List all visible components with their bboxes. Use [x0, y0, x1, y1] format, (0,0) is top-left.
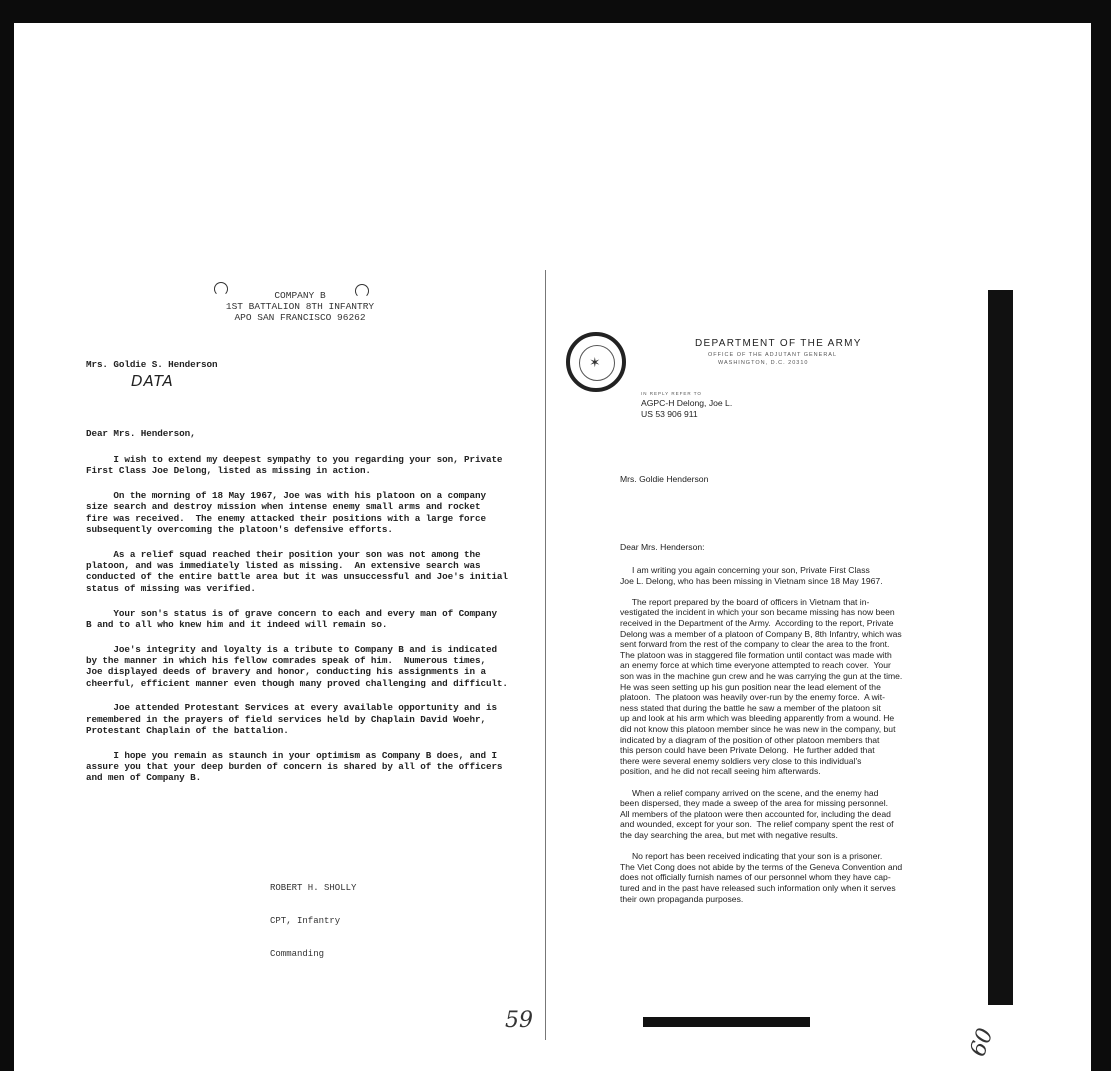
- body-line: and wounded, except for your son. The re…: [620, 819, 894, 830]
- body-line: vestigated the incident in which your so…: [620, 607, 895, 618]
- body-line: Joe L. Delong, who has been missing in V…: [620, 576, 883, 587]
- body-line: been dispersed, they made a sweep of the…: [620, 798, 888, 809]
- body-line: an enemy force at which time everyone at…: [620, 660, 891, 671]
- salutation: Dear Mrs. Henderson,: [86, 428, 196, 439]
- reply-label: IN REPLY REFER TO: [641, 391, 702, 396]
- body-line: did not know this platoon member since h…: [620, 724, 895, 735]
- salutation: Dear Mrs. Henderson:: [620, 542, 705, 553]
- body-line: Delong was a member of a platoon of Comp…: [620, 629, 902, 640]
- body-line: Joe attended Protestant Services at ever…: [86, 702, 497, 713]
- body-line: I wish to extend my deepest sympathy to …: [86, 454, 502, 465]
- scan-edge-strip: [988, 290, 1013, 1005]
- body-line: B and to all who knew him and it indeed …: [86, 619, 387, 630]
- body-line: up and look at his arm which was bleedin…: [620, 713, 894, 724]
- body-line: I am writing you again concerning your s…: [620, 565, 870, 576]
- body-line: subsequently overcoming the platoon's de…: [86, 524, 393, 535]
- body-line: The Viet Cong does not abide by the term…: [620, 862, 902, 873]
- body-line: status of missing was verified.: [86, 583, 256, 594]
- body-line: remembered in the prayers of field servi…: [86, 714, 486, 725]
- body-line: He was seen setting up his gun position …: [620, 682, 881, 693]
- body-line: Protestant Chaplain of the battalion.: [86, 725, 289, 736]
- letterhead-line: 1ST BATTALION 8TH INFANTRY: [200, 301, 400, 312]
- letterhead-line: APO SAN FRANCISCO 96262: [200, 312, 400, 323]
- body-line: by the manner in which his fellow comrad…: [86, 655, 486, 666]
- body-line: sent forward from the rest of the compan…: [620, 639, 889, 650]
- department-seal-icon: [566, 332, 626, 392]
- body-line: their own propaganda purposes.: [620, 894, 743, 905]
- office-location: WASHINGTON, D.C. 20310: [718, 360, 808, 366]
- body-line: assure you that your deep burden of conc…: [86, 761, 502, 772]
- body-line: the day searching the area, but met with…: [620, 830, 838, 841]
- body-line: position, and he did not recall seeing h…: [620, 766, 821, 777]
- body-line: indicated by a diagram of the position o…: [620, 735, 879, 746]
- page-divider: [545, 270, 546, 1040]
- body-line: this person could have been Private Delo…: [620, 745, 875, 756]
- body-line: First Class Joe Delong, listed as missin…: [86, 465, 371, 476]
- body-line: son was in the machine gun crew and he w…: [620, 671, 902, 682]
- body-line: tured and in the past have released such…: [620, 883, 896, 894]
- body-line: When a relief company arrived on the sce…: [620, 788, 878, 799]
- body-line: size search and destroy mission when int…: [86, 501, 481, 512]
- body-line: ness stated that during the battle he sa…: [620, 703, 881, 714]
- body-line: cheerful, efficient manner even though m…: [86, 678, 508, 689]
- redaction-bar: [643, 1017, 810, 1027]
- body-line: there were several enemy soldiers very c…: [620, 756, 861, 767]
- body-line: does not officially furnish names of our…: [620, 872, 891, 883]
- body-line: The report prepared by the board of offi…: [620, 597, 869, 608]
- signature-block: ROBERT H. SHOLLY CPT, Infantry Commandin…: [270, 861, 356, 971]
- letterhead-line: COMPANY B: [200, 290, 400, 301]
- page-number-left: 59: [505, 1008, 533, 1033]
- body-line: The platoon was in staggered file format…: [620, 650, 892, 661]
- body-line: As a relief squad reached their position…: [86, 549, 481, 560]
- body-line: received in the Department of the Army. …: [620, 618, 894, 629]
- body-line: platoon. The platoon was heavily over-ru…: [620, 692, 885, 703]
- body-line: I hope you remain as staunch in your opt…: [86, 750, 497, 761]
- department-title: DEPARTMENT OF THE ARMY: [695, 338, 862, 349]
- body-line: All members of the platoon were then acc…: [620, 809, 891, 820]
- body-line: and men of Company B.: [86, 772, 201, 783]
- company-letterhead: COMPANY B 1ST BATTALION 8TH INFANTRY APO…: [200, 290, 400, 323]
- recipient: Mrs. Goldie S. Henderson: [86, 359, 218, 370]
- body-line: platoon, and was immediately listed as m…: [86, 560, 481, 571]
- body-line: Your son's status is of grave concern to…: [86, 608, 497, 619]
- body-line: Joe's integrity and loyalty is a tribute…: [86, 644, 497, 655]
- recipient: Mrs. Goldie Henderson: [620, 474, 708, 485]
- body-line: fire was received. The enemy attacked th…: [86, 513, 486, 524]
- signer-name: ROBERT H. SHOLLY: [270, 883, 356, 894]
- reference-line: US 53 906 911: [641, 409, 698, 420]
- body-line: On the morning of 18 May 1967, Joe was w…: [86, 490, 486, 501]
- scanned-sheet: [14, 23, 1091, 1071]
- body-line: Joe displayed deeds of bravery and honor…: [86, 666, 486, 677]
- handwritten-note: DATA: [131, 372, 174, 390]
- body-line: conducted of the entire battle area but …: [86, 571, 508, 582]
- body-line: No report has been received indicating t…: [620, 851, 882, 862]
- signer-rank: CPT, Infantry: [270, 916, 356, 927]
- office-name: OFFICE OF THE ADJUTANT GENERAL: [708, 352, 837, 358]
- reference-line: AGPC-H Delong, Joe L.: [641, 398, 732, 409]
- signer-title: Commanding: [270, 949, 356, 960]
